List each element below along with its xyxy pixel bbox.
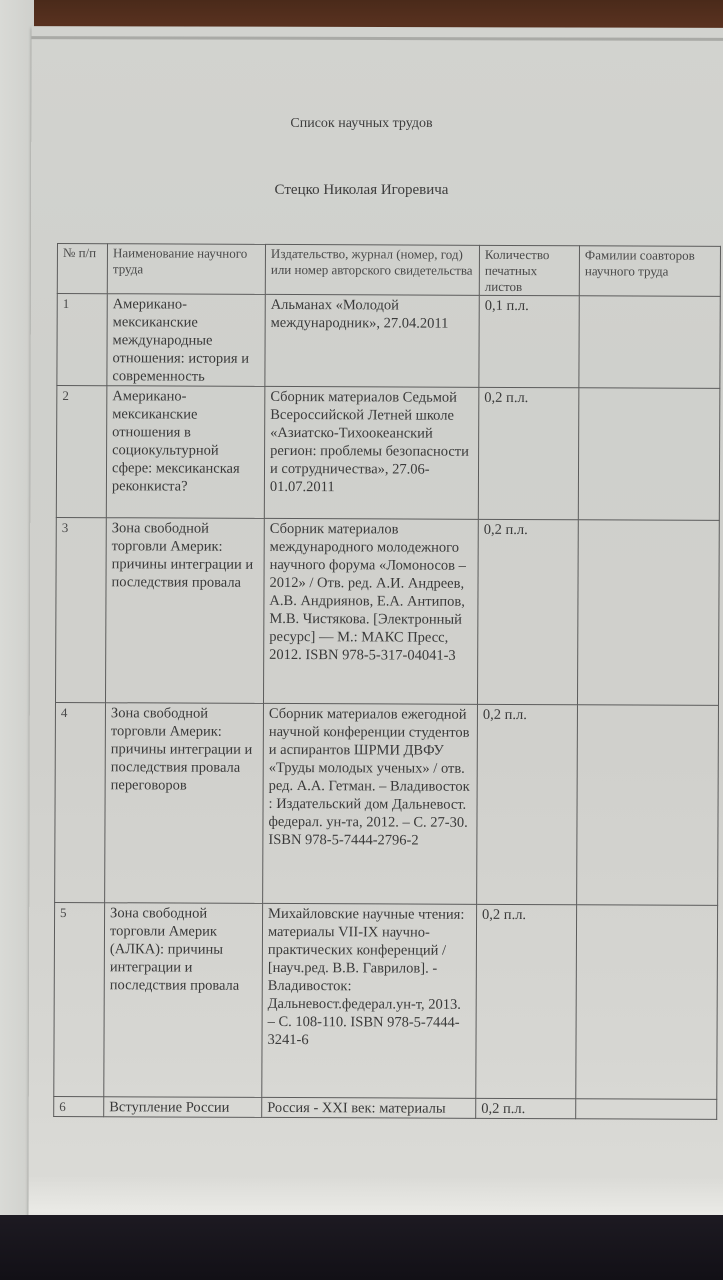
header-publisher: Издательство, журнал (номер, год) или но… bbox=[265, 244, 479, 295]
work-publisher: Сборник материалов международного молоде… bbox=[263, 518, 478, 704]
header-title: Наименование научного труда bbox=[107, 244, 265, 295]
row-number: 5 bbox=[54, 902, 105, 1096]
work-title: Вступление России bbox=[104, 1097, 262, 1118]
work-sheets: 0,2 п.л. bbox=[477, 704, 578, 904]
work-sheets: 0,2 п.л. bbox=[476, 1098, 576, 1118]
work-title: Зона свободной торговли Америк: причины … bbox=[105, 703, 264, 904]
header-sheets: Количество печатных листов bbox=[479, 245, 579, 295]
work-coauthors bbox=[576, 1099, 717, 1120]
work-coauthors bbox=[576, 905, 718, 1100]
work-sheets: 0,2 п.л. bbox=[476, 904, 577, 1098]
work-publisher: Сборник материалов Седьмой Всероссийской… bbox=[264, 386, 479, 519]
work-title: Американо-мексиканские международные отн… bbox=[107, 294, 265, 387]
work-coauthors bbox=[579, 296, 720, 389]
work-sheets: 0,2 п.л. bbox=[477, 519, 578, 704]
header-number: № п/п bbox=[57, 244, 107, 294]
row-number: 4 bbox=[55, 702, 106, 902]
row-number: 3 bbox=[55, 517, 106, 702]
page-top-edge bbox=[32, 36, 723, 41]
row-number: 6 bbox=[54, 1096, 104, 1116]
work-sheets: 0,2 п.л. bbox=[478, 387, 579, 519]
work-publisher: Михайловские научные чтения: материалы V… bbox=[262, 903, 477, 1098]
background-dark-surface bbox=[0, 1215, 723, 1280]
table-row: 4 Зона свободной торговли Америк: причин… bbox=[55, 702, 719, 905]
work-publisher: Альманах «Молодой международник», 27.04.… bbox=[265, 294, 479, 387]
table-row: 6 Вступление России Россия - XXI век: ма… bbox=[54, 1096, 717, 1119]
work-coauthors bbox=[577, 520, 719, 706]
work-title: Американо-мексиканские отношения в социо… bbox=[106, 386, 265, 519]
document-author: Стецко Николая Игоревича bbox=[0, 182, 723, 199]
table-header-row: № п/п Наименование научного труда Издате… bbox=[57, 244, 720, 297]
work-title: Зона свободной торговли Америк (АЛКА): п… bbox=[104, 903, 263, 1098]
publications-table: № п/п Наименование научного труда Издате… bbox=[53, 243, 721, 1120]
row-number: 2 bbox=[56, 386, 107, 518]
row-number: 1 bbox=[57, 294, 107, 386]
table-row: 3 Зона свободной торговли Америк: причин… bbox=[55, 517, 719, 705]
document-title: Список научных трудов bbox=[0, 116, 723, 132]
table-row: 2 Американо-мексиканские отношения в соц… bbox=[56, 386, 720, 521]
header-coauthors: Фамилии соавторов научного труда bbox=[579, 246, 720, 297]
work-coauthors bbox=[578, 388, 720, 521]
work-coauthors bbox=[577, 705, 719, 906]
table-row: 1 Американо-мексиканские международные о… bbox=[57, 294, 720, 389]
work-publisher: Россия - XXI век: материалы bbox=[262, 1097, 476, 1118]
work-sheets: 0,1 п.л. bbox=[479, 295, 579, 387]
table-row: 5 Зона свободной торговли Америк (АЛКА):… bbox=[54, 902, 718, 1099]
work-title: Зона свободной торговли Америк: причины … bbox=[105, 518, 264, 704]
work-publisher: Сборник материалов ежегодной научной кон… bbox=[263, 703, 478, 904]
